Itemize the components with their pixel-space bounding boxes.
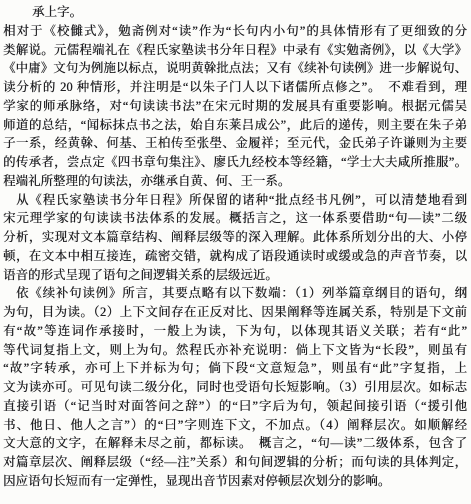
text-line: 依《续补句读例》所言，其要点略有以下数端：（1）列举篇章纲目的语句，纲 <box>3 284 467 303</box>
text-line: 类解说。元儒程端礼在《程氏家塾读书分年日程》中录有《实勉斋例》，以《大学》 <box>3 41 467 60</box>
text-line: 相对于《校雠式》，勉斋例对“读”作为“长句内小句”的具体情形有了更细致的分 <box>3 22 467 41</box>
text-line: 从《程氏家塾读书分年日程》所保留的诸种“批点经书凡例”，可以清楚地看到 <box>3 191 467 210</box>
text-line: “故”字转承，亦可上下并标为句；倘下段“文意短急”，则虽有“此”字复指，上 <box>3 359 467 378</box>
text-line: 为句，目为读。（2）上下文间存在正反对比、因果阐释等连属关系，特别是下文前 <box>3 303 467 322</box>
text-line: 有“故”等连词作承接时，一般上为读，下为句，以体现其语义关联；若有“此” <box>3 322 467 341</box>
text-line: 子一系，经黄榦、何基、王柏传至张壆、金履祥；至元代，金氏弟子许谦则为主要 <box>3 134 467 153</box>
text-line: 的传承者，尝点定《四书章句集注》、廖氏九经校本等经籍，“学士大夫咸所推服”。 <box>3 153 467 172</box>
text-line: 分析，实现对文本篇章结构、阐释层级等的深入理解。此体系所划分出的大、小停 <box>3 228 467 247</box>
text-line: 承上字。 <box>3 3 467 22</box>
document-page: 承上字。 相对于《校雠式》，勉斋例对“读”作为“长句内小句”的具体情形有了更细致… <box>0 0 471 504</box>
text-line: 宋元理学家的句读读书法体系的发展。概括言之，这一体系要借助“句—读”二级 <box>3 209 467 228</box>
text-line: 语音的形式呈现了语句之间逻辑关系的层级远近。 <box>3 266 467 285</box>
text-line: 文大意的文字，在解释未尽之前，都标读。 概言之，“句—读”二级体系，包含了 <box>3 434 467 453</box>
text-line: 因应语句长短而有一定弹性，显现出音节因素对停顿层次划分的影响。 <box>3 472 467 491</box>
text-line: 顿，在文本中相互接连，疏密交错，就构成了语段通读时或缓或急的声音节奏，以 <box>3 247 467 266</box>
text-line: 《中庸》文句为例施以标点，说明黄榦批点法；又有《续补句读例》进一步解说句、 <box>3 59 467 78</box>
text-line: 学家的师承脉络，对“句读读书法”在宋元时期的发展具有重要影响。根据元儒吴 <box>3 97 467 116</box>
text-line: 对篇章层次、阐释层级（“经—注”关系）和句间逻辑的分析；而句读的具体判定， <box>3 453 467 472</box>
text-line: 等代词复指上文，则上为句。然程氏亦补充说明：倘上下文皆为“长段”，则虽有 <box>3 341 467 360</box>
text-line: 直接引语（“记当时对面答问之辞”）的“曰”字后为句，领起间接引语（“援引他 <box>3 397 467 416</box>
text-line: 读分析的 20 种情形，并注明是“以朱子门人以下诸儒所点修之”。 不难看到，理 <box>3 78 467 97</box>
text-line: 书、他日、他人之言”）的“曰”字则连下文，不加点。（4）阐释层次。如顺解经 <box>3 416 467 435</box>
text-line: 师道的总结，“闻标抹点书之法，始自东莱吕成公”，此后的递传，则主要在朱子弟 <box>3 116 467 135</box>
text-line: 程端礼所整理的句读法，亦继承自黄、何、王一系。 <box>3 172 467 191</box>
text-line: 文为读亦可。可见句读二级分化，同时也受语句长短影响。（3）引用层次。如标志 <box>3 378 467 397</box>
